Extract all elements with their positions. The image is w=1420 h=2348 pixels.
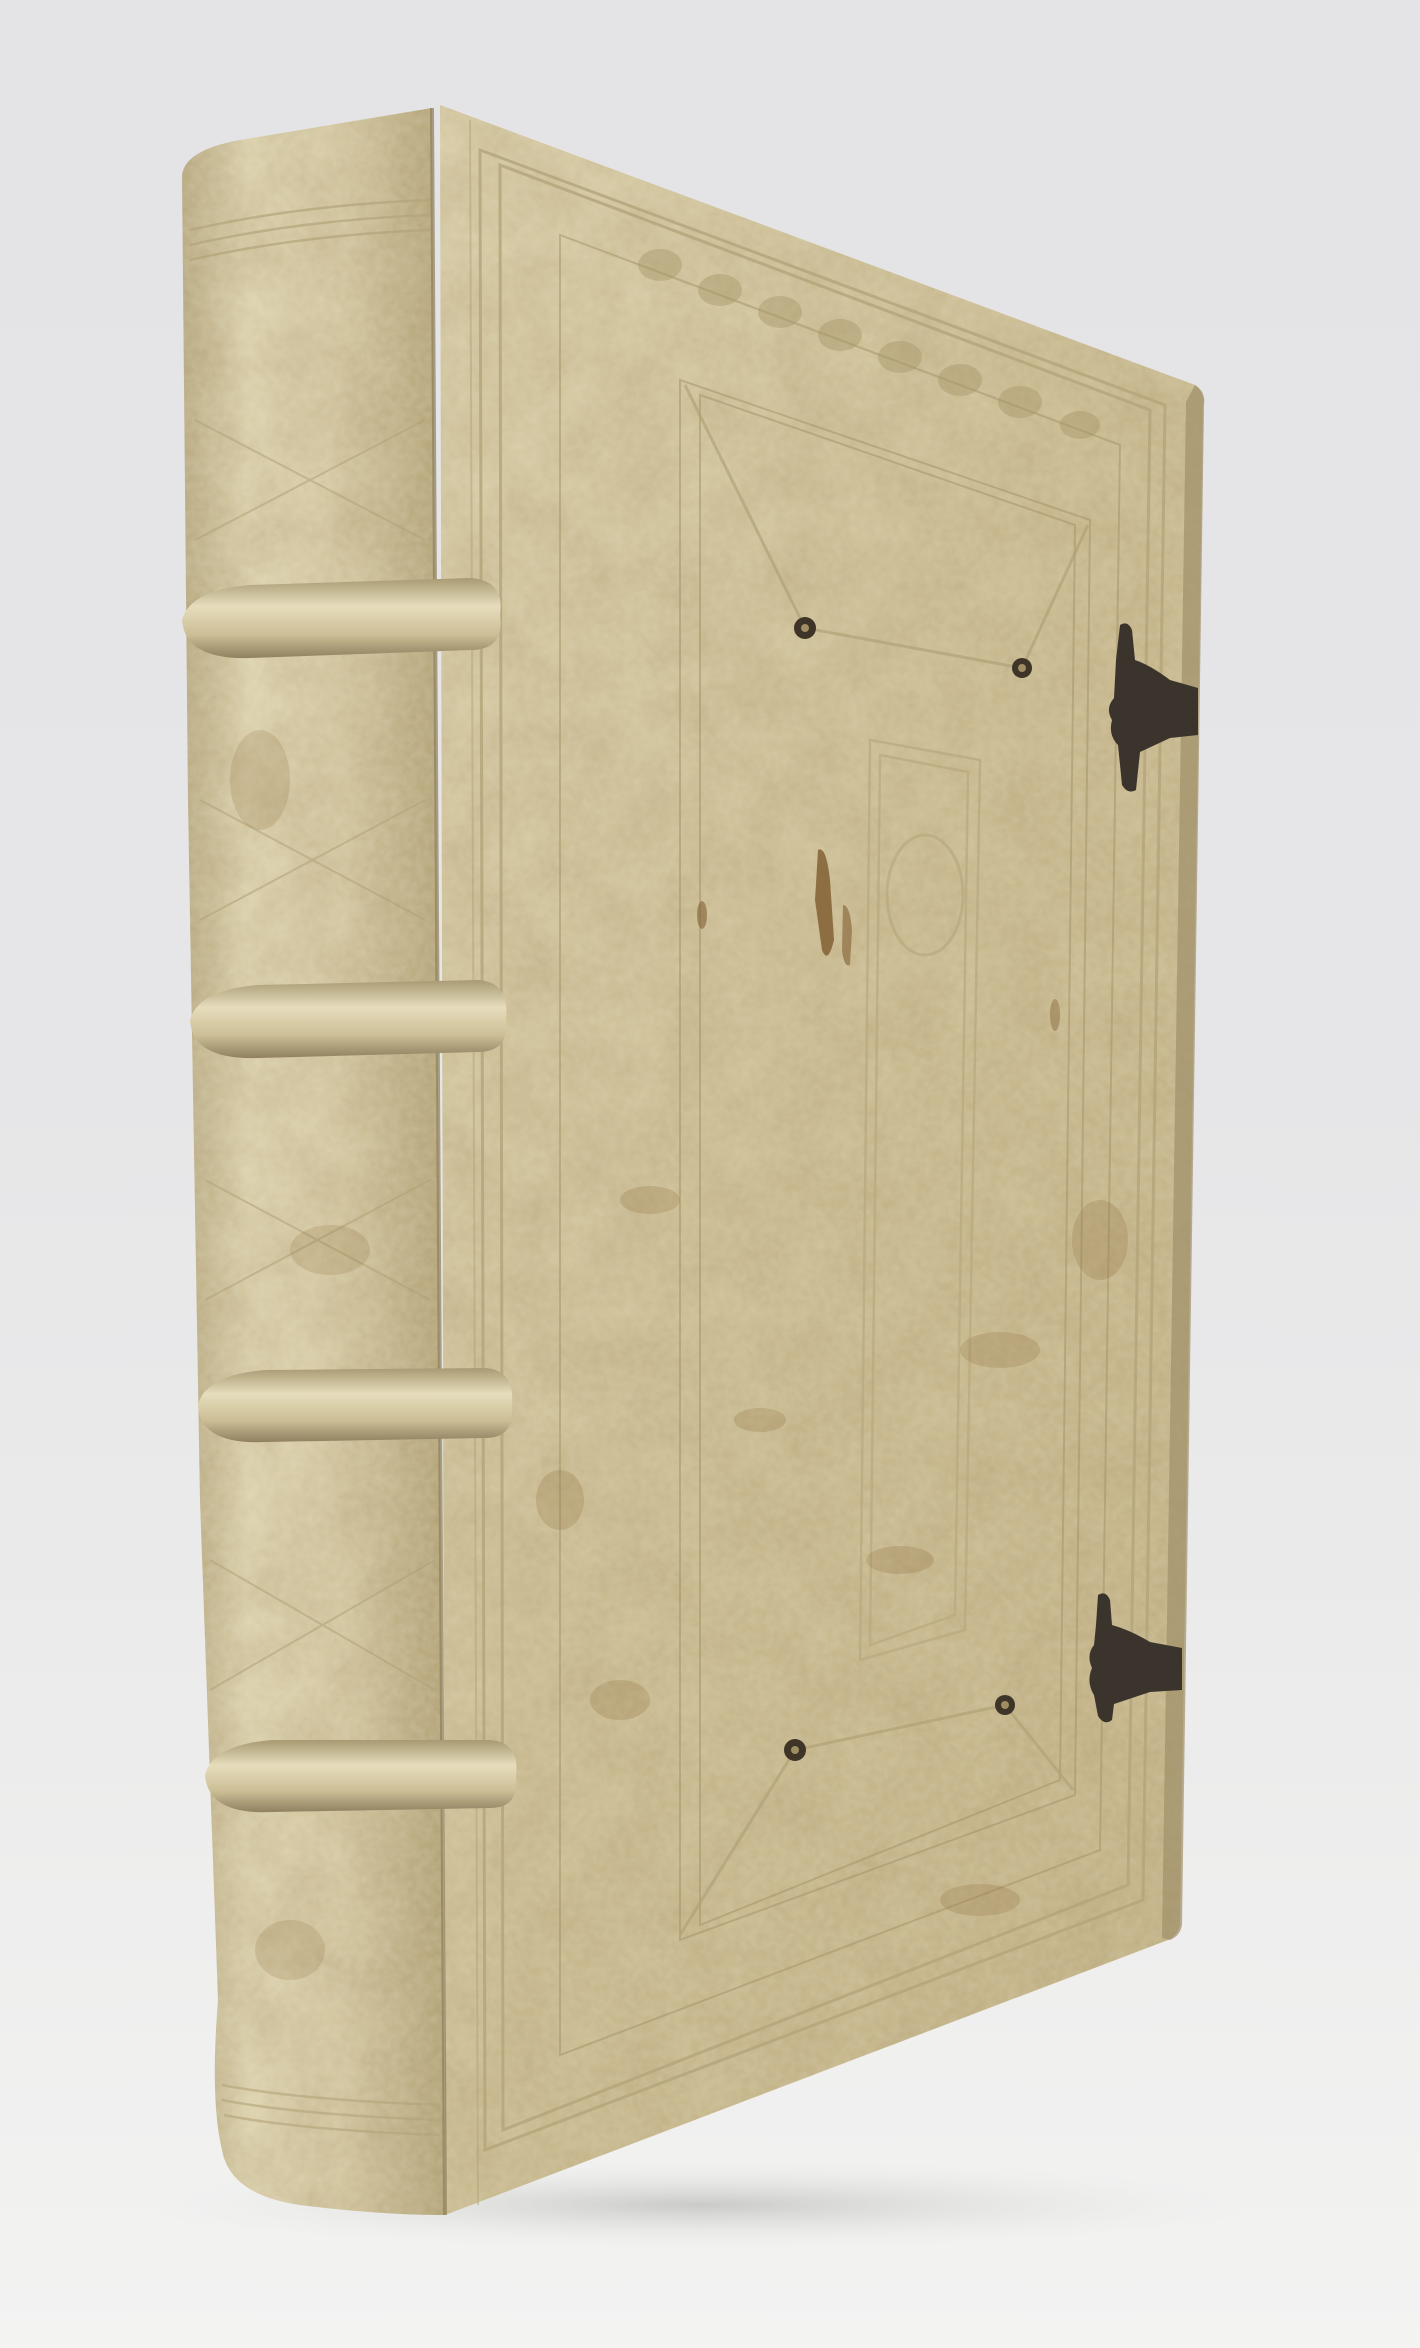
photo-scene xyxy=(0,0,1420,2348)
front-board xyxy=(440,105,1204,2215)
vellum-book xyxy=(0,0,1420,2348)
